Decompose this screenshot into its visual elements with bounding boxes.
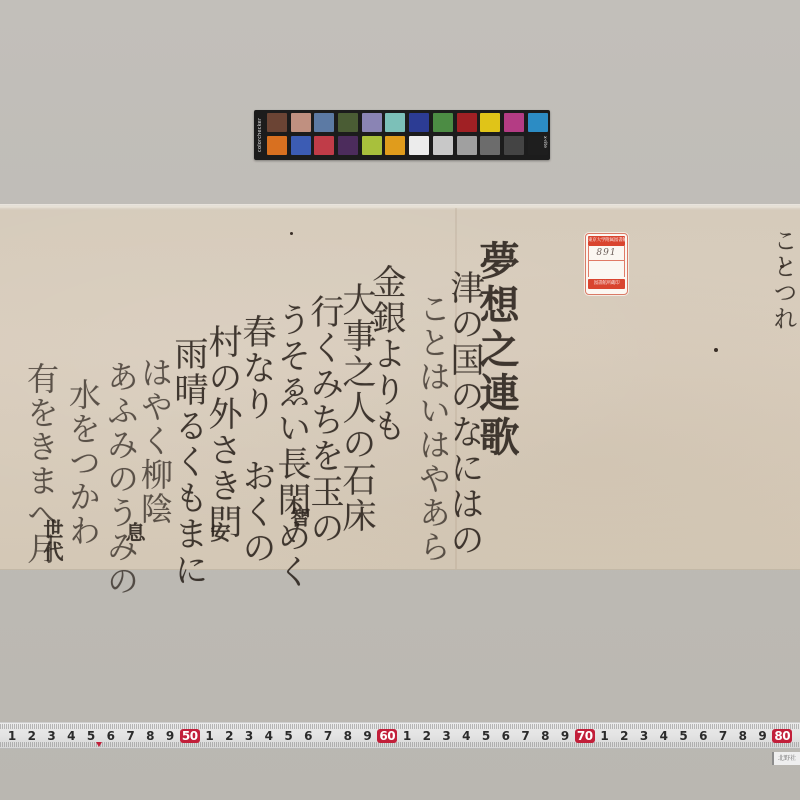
color-patch: [457, 136, 477, 155]
ruler-cm-label: 9: [756, 729, 770, 743]
poet-signature: 息: [120, 522, 149, 544]
color-checker-card: colorchecker x-rite: [254, 110, 550, 160]
ruler-cm-label: 3: [440, 729, 454, 743]
color-patch: [409, 113, 429, 132]
color-patch: [433, 113, 453, 132]
ruler-cm-label: 6: [301, 729, 315, 743]
ruler-cm-label: 2: [617, 729, 631, 743]
ruler-cm-label: 1: [598, 729, 612, 743]
color-patch: [480, 113, 500, 132]
color-patch: [314, 136, 334, 155]
color-patch: [504, 113, 524, 132]
ruler-cm-label: 1: [400, 729, 414, 743]
ruler-major-label: 60: [377, 729, 397, 743]
ruler-major-label: 70: [575, 729, 595, 743]
ink-spot: [290, 232, 293, 235]
ruler-major-label: 50: [180, 729, 200, 743]
color-patch: [362, 113, 382, 132]
ruler-cm-label: 2: [222, 729, 236, 743]
ruler-cm-label: 3: [637, 729, 651, 743]
paper-top-edge: [0, 204, 800, 210]
calligraphy-column: ことつれ: [766, 228, 800, 332]
xrite-brand-text: x-rite: [540, 128, 549, 156]
color-patch: [267, 136, 287, 155]
color-patch: [409, 136, 429, 155]
ruler-cm-label: 8: [143, 729, 157, 743]
ruler-cm-label: 5: [84, 729, 98, 743]
ruler-cm-label: 4: [262, 729, 276, 743]
ruler-cm-label: 9: [163, 729, 177, 743]
library-catalog-label: 東京大学附属図書館 891 図書館所蔵印: [585, 233, 628, 295]
ruler-cm-label: 7: [519, 729, 533, 743]
color-patch: [457, 113, 477, 132]
ruler-cm-label: 3: [242, 729, 256, 743]
ruler-cm-label: 1: [203, 729, 217, 743]
ruler-cm-label: 2: [420, 729, 434, 743]
color-patch: [338, 136, 358, 155]
photo-backdrop: colorchecker x-rite 夢想之連歌津の国のなにはのことはいはやあ…: [0, 0, 800, 800]
ruler-cm-label: 5: [677, 729, 691, 743]
color-patch: [362, 136, 382, 155]
label-footer: 図書館所蔵印: [588, 279, 625, 289]
ruler-cm-label: 7: [716, 729, 730, 743]
color-patch: [267, 113, 287, 132]
ruler-cm-label: 4: [64, 729, 78, 743]
color-patch: [291, 113, 311, 132]
ruler-cm-label: 8: [341, 729, 355, 743]
poet-signature: 智: [285, 507, 314, 529]
ink-spot: [714, 348, 718, 352]
ruler-cm-label: 1: [5, 729, 19, 743]
color-patch: [385, 113, 405, 132]
color-patch: [338, 113, 358, 132]
ruler-cm-label: 7: [124, 729, 138, 743]
poet-signature: 世代: [38, 519, 67, 563]
ruler-cm-label: 5: [479, 729, 493, 743]
label-catalog-number: 891: [588, 246, 625, 261]
ruler-major-label: 80: [772, 729, 792, 743]
color-patch: [433, 136, 453, 155]
ruler-cm-label: 5: [282, 729, 296, 743]
ruler-cm-label: 2: [25, 729, 39, 743]
color-patch: [480, 136, 500, 155]
color-patch: [504, 136, 524, 155]
label-blank-field: [588, 261, 625, 277]
ruler-cm-label: 3: [45, 729, 59, 743]
ruler-cm-label: 6: [499, 729, 513, 743]
color-patch: [291, 136, 311, 155]
ruler-cm-label: 9: [361, 729, 375, 743]
poet-signature: 安: [205, 522, 234, 544]
ruler-cm-label: 9: [558, 729, 572, 743]
measuring-ruler: 1234567895012345678960123456789701234567…: [0, 722, 800, 749]
color-patch: [314, 113, 334, 132]
colorchecker-brand-text: colorchecker: [255, 114, 266, 156]
ruler-cm-label: 7: [321, 729, 335, 743]
label-header: 東京大学附属図書館: [588, 236, 625, 246]
ruler-cm-label: 6: [104, 729, 118, 743]
owner-tag: 北野社: [772, 752, 800, 765]
ruler-cm-label: 6: [696, 729, 710, 743]
ruler-cm-label: 4: [459, 729, 473, 743]
color-patch: [385, 136, 405, 155]
color-patch-grid: [267, 113, 548, 155]
ink-spot: [780, 265, 784, 268]
ruler-cm-label: 8: [736, 729, 750, 743]
calligraphy-column: ことはいはやあら: [410, 292, 456, 564]
ruler-cm-label: 8: [538, 729, 552, 743]
manuscript-paper: 夢想之連歌津の国のなにはのことはいはやあら金銀よりも大事之人の石床行くみちを玉の…: [0, 206, 800, 570]
ruler-cm-label: 4: [657, 729, 671, 743]
